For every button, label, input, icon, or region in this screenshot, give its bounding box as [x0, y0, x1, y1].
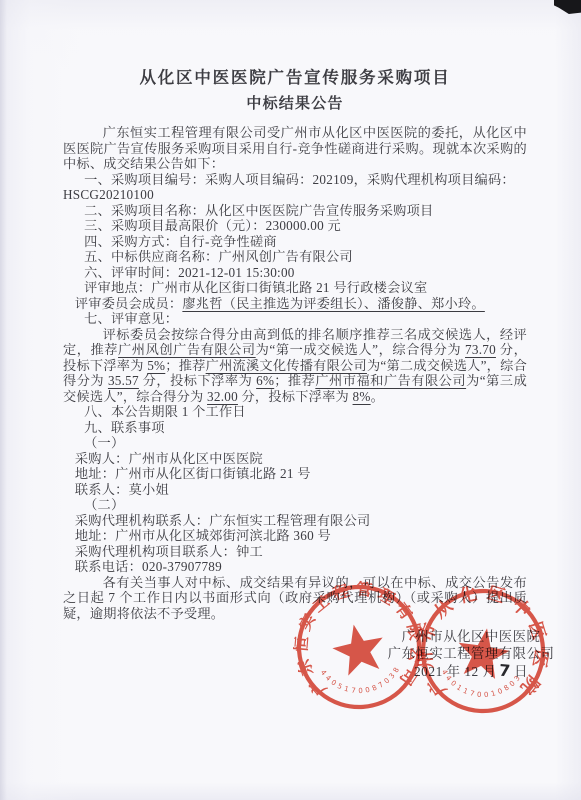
scan-artifact-corner — [554, 0, 581, 14]
opinion-text: 为“第一成交候选人”，综合得分为 — [256, 342, 465, 357]
agency-phone-line: 联系电话：020-37907789 — [63, 559, 527, 575]
contact-agency-label: （二） — [63, 497, 527, 513]
svg-text:4405170087038: 4405170087038 — [319, 663, 405, 698]
opinion-text: 。 — [371, 389, 384, 404]
agency-name-line: 采购代理机构联系人：广东恒实工程管理有限公司 — [63, 513, 527, 529]
committee-label: 评审委员会成员： — [75, 296, 183, 311]
winner-line: 五、中标供应商名称：广州风创广告有限公司 — [63, 249, 527, 265]
third-candidate-discount: 8% — [353, 389, 371, 404]
second-candidate-name: 广州流溪文化传播有限公司 — [206, 358, 367, 373]
third-candidate-name: 广州市福和广告有限公司 — [315, 373, 466, 388]
second-candidate-discount: 6% — [256, 373, 274, 388]
contact-purchaser-label: （一） — [63, 435, 527, 451]
seal-serial-number: 4401170010803 — [439, 668, 524, 701]
hospital-round-seal: 广州市从化区中医医院 4401170010803 — [414, 582, 553, 721]
committee-members: 廖兆哲（民主推选为评委组长）、潘俊静、郑小玲。 — [182, 296, 484, 311]
page-subtitle: 中标结果公告 — [63, 97, 527, 113]
first-candidate-discount: 5% — [147, 358, 165, 373]
star-icon — [329, 619, 389, 677]
first-candidate-name: 广州风创广告有限公司 — [118, 342, 256, 357]
star-icon — [454, 624, 512, 680]
agency-project-contact-line: 采购代理机构项目联系人：钟工 — [63, 544, 527, 560]
second-candidate-score: 35.57 — [108, 373, 139, 388]
document-body: 从化区中医医院广告宣传服务采购项目 中标结果公告 广东恒实工程管理有限公司受广州… — [63, 70, 527, 621]
intro-paragraph: 广东恒实工程管理有限公司受广州市从化区中医医院的委托，从化区中医医院广告宣传服务… — [63, 125, 527, 172]
purchaser-address-line: 地址：广州市从化区街口街镇北路 21 号 — [63, 466, 527, 482]
committee-line: 评审委员会成员：廖兆哲（民主推选为评委组长）、潘俊静、郑小玲。 — [63, 296, 527, 312]
max-price-line: 三、采购项目最高限价（元）：230000.00 元 — [63, 218, 527, 234]
opinion-text: 分，投标下浮率为 — [238, 389, 353, 404]
review-time-line: 六、评审时间：2021-12-01 15:30:00 — [63, 265, 527, 281]
project-name-line: 二、采购项目名称：从化区中医医院广告宣传服务采购项目 — [63, 203, 527, 219]
third-candidate-score: 32.00 — [207, 389, 238, 404]
opinion-paragraph: 评标委员会按综合得分由高到低的排名顺序推荐三名成交候选人，经评定，推荐广州风创广… — [63, 327, 527, 405]
agency-address-line: 地址：广州市从化区城郊街河滨北路 360 号 — [63, 528, 527, 544]
opinion-text: ；推荐 — [274, 373, 315, 388]
review-place-line: 评审地点：广州市从化区街口街镇北路 21 号行政楼会议室 — [63, 280, 527, 296]
opinion-heading: 七、评审意见： — [63, 311, 527, 327]
opinion-text: 分，投标下浮率为 — [139, 373, 256, 388]
project-number-line: 一、采购项目编号：采购人项目编码：202109，采购代理机构项目编码： — [63, 172, 527, 188]
scanned-document-page: 从化区中医医院广告宣传服务采购项目 中标结果公告 广东恒实工程管理有限公司受广州… — [0, 0, 581, 800]
contact-heading: 九、联系事项 — [63, 420, 527, 436]
agency-project-code: HSCG20210100 — [63, 187, 527, 203]
notice-period-line: 八、本公告期限 1 个工作日 — [63, 404, 527, 420]
purchaser-contact-line: 联系人：莫小姐 — [63, 482, 527, 498]
purchaser-name-line: 采购人：广州市从化区中医医院 — [63, 451, 527, 467]
agency-round-seal: 广东恒实工程管理有限公司 4405170087038 — [289, 577, 430, 718]
seal-serial-number: 4405170087038 — [319, 663, 405, 698]
first-candidate-score: 73.70 — [465, 342, 496, 357]
opinion-text: ；推荐 — [165, 358, 205, 373]
page-title: 从化区中医医院广告宣传服务采购项目 — [63, 70, 527, 86]
svg-text:4401170010803: 4401170010803 — [439, 668, 524, 701]
method-line: 四、采购方式：自行-竞争性磋商 — [63, 234, 527, 250]
